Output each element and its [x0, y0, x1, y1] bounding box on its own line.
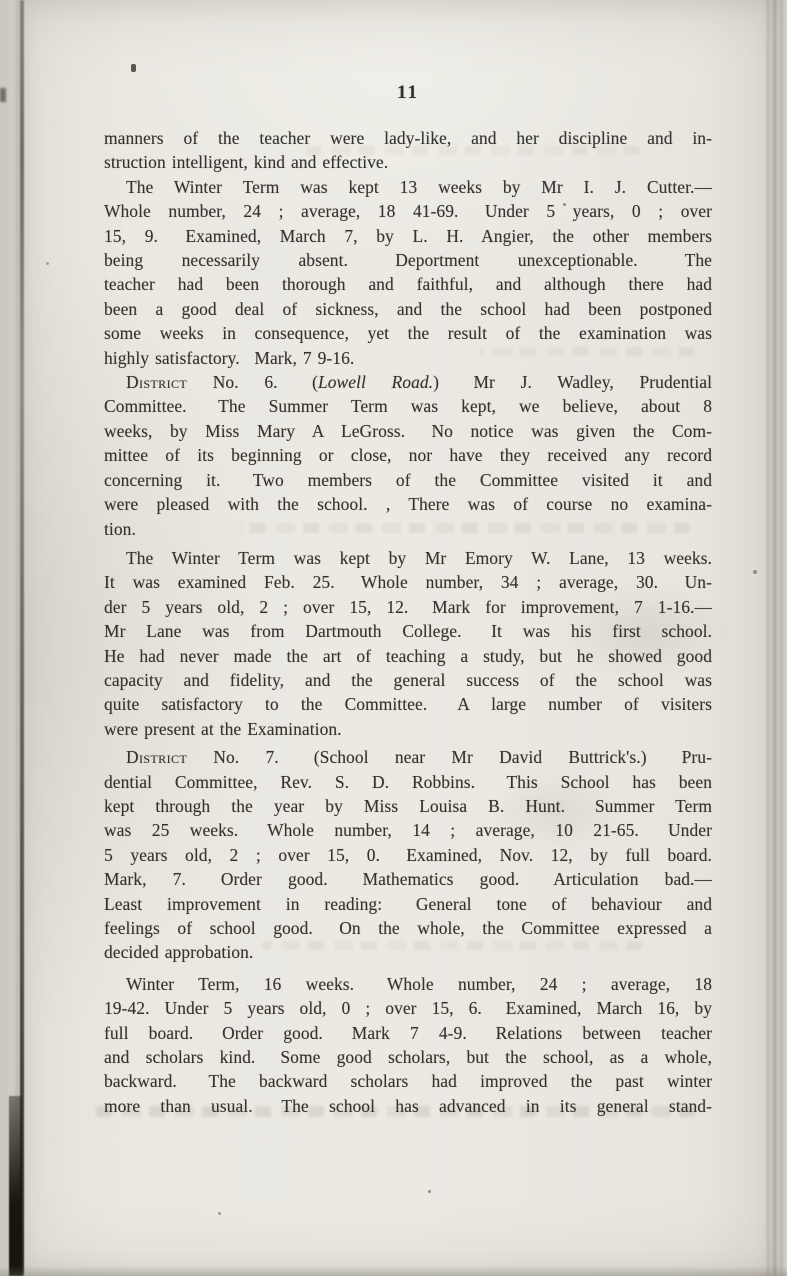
text-segment: decided approbation. — [104, 942, 253, 962]
text-line: were pleased with the school. , There wa… — [104, 492, 712, 516]
text-line: 19-42. Under 5 years old, 0 ; over 15, 6… — [104, 996, 712, 1020]
text-line: more than usual. The school has advanced… — [104, 1094, 712, 1118]
text-segment: Mr Lane was from Dartmouth College. It w… — [104, 621, 712, 641]
binding-crease-line — [20, 0, 24, 1276]
text-line: It was examined Feb. 25. Whole number, 3… — [104, 570, 712, 594]
ink-speck — [753, 570, 757, 574]
text-block: manners of the teacher were lady-like, a… — [104, 126, 712, 1118]
text-line: were present at the Examination. — [104, 717, 712, 741]
text-segment: weeks, by Miss Mary A LeGross. No notice… — [104, 421, 712, 441]
text-line: weeks, by Miss Mary A LeGross. No notice… — [104, 419, 712, 443]
text-segment: full board. Order good. Mark 7 4-9. Rela… — [104, 1023, 712, 1043]
text-line: tion. — [104, 517, 712, 541]
text-segment: Least improvement in reading: General to… — [104, 894, 712, 914]
page-edge-bottom — [0, 1266, 787, 1276]
text-segment: 5 years old, 2 ; over 15, 0. Examined, N… — [104, 845, 712, 865]
text-segment: some weeks in consequence, yet the resul… — [104, 323, 712, 343]
edge-ink-mark — [0, 88, 6, 102]
text-segment: Committee. The Summer Term was kept, we … — [104, 396, 712, 416]
text-line: The Winter Term was kept 13 weeks by Mr … — [104, 175, 712, 199]
paragraph: Winter Term, 16 weeks. Whole number, 24 … — [104, 972, 712, 1118]
ink-speck — [428, 1190, 431, 1193]
text-line: 5 years old, 2 ; over 15, 0. Examined, N… — [104, 843, 712, 867]
page-edge-right — [765, 0, 787, 1276]
text-segment: backward. The backward scholars had impr… — [104, 1071, 712, 1091]
ink-speck — [131, 64, 136, 72]
text-segment: The Winter Term was kept 13 weeks by Mr … — [126, 177, 712, 197]
text-segment: No. 7. (School near Mr David Buttrick's.… — [187, 747, 712, 767]
text-line: being necessarily absent. Deportment une… — [104, 248, 712, 272]
scanned-page: 11 manners of the teacher were lady-like… — [0, 0, 787, 1276]
text-segment: kept through the year by Miss Louisa B. … — [104, 796, 712, 816]
text-segment: 15, 9. Examined, March 7, by L. H. Angie… — [104, 226, 712, 246]
text-line: Least improvement in reading: General to… — [104, 892, 712, 916]
text-segment: Mark, 7. Order good. Mathematics good. A… — [104, 869, 712, 889]
text-line: Mark, 7. Order good. Mathematics good. A… — [104, 867, 712, 891]
text-segment: dential Committee, Rev. S. D. Robbins. T… — [104, 772, 712, 792]
text-line: The Winter Term was kept by Mr Emory W. … — [104, 546, 712, 570]
text-segment: teacher had been thorough and faithful, … — [104, 274, 712, 294]
text-line: concerning it. Two members of the Commit… — [104, 468, 712, 492]
text-segment: der 5 years old, 2 ; over 15, 12. Mark f… — [104, 597, 712, 617]
italic-text: Lowell Road. — [318, 372, 433, 392]
text-line: kept through the year by Miss Louisa B. … — [104, 794, 712, 818]
binding-gutter-shade — [0, 0, 34, 1276]
text-segment: being necessarily absent. Deportment une… — [104, 250, 712, 270]
text-segment: feelings of school good. On the whole, t… — [104, 918, 712, 938]
paragraph: manners of the teacher were lady-like, a… — [104, 126, 712, 175]
text-segment: concerning it. Two members of the Commit… — [104, 470, 712, 490]
paragraph: The Winter Term was kept by Mr Emory W. … — [104, 546, 712, 741]
text-line: decided approbation. — [104, 940, 712, 964]
text-line: Committee. The Summer Term was kept, we … — [104, 394, 712, 418]
binding-crease-shadow — [9, 1096, 22, 1276]
text-segment: 19-42. Under 5 years old, 0 ; over 15, 6… — [104, 998, 712, 1018]
text-segment: struction intelligent, kind and effectiv… — [104, 152, 388, 172]
small-caps-text: District — [126, 747, 187, 767]
text-segment: highly satisfactory. Mark, 7 9-16. — [104, 348, 354, 368]
text-line: Winter Term, 16 weeks. Whole number, 24 … — [104, 972, 712, 996]
text-line: mittee of its beginning or close, nor ha… — [104, 443, 712, 467]
text-line: quite satisfactory to the Committee. A l… — [104, 692, 712, 716]
text-line: full board. Order good. Mark 7 4-9. Rela… — [104, 1021, 712, 1045]
text-segment: The Winter Term was kept by Mr Emory W. … — [126, 548, 712, 568]
text-line: capacity and fidelity, and the general s… — [104, 668, 712, 692]
text-line: manners of the teacher were lady-like, a… — [104, 126, 712, 150]
text-line: dential Committee, Rev. S. D. Robbins. T… — [104, 770, 712, 794]
text-segment: and scholars kind. Some good scholars, b… — [104, 1047, 712, 1067]
text-segment: were pleased with the school. , There wa… — [104, 494, 712, 514]
text-line: Mr Lane was from Dartmouth College. It w… — [104, 619, 712, 643]
text-line: and scholars kind. Some good scholars, b… — [104, 1045, 712, 1069]
text-line: struction intelligent, kind and effectiv… — [104, 150, 712, 174]
text-line: District No. 7. (School near Mr David Bu… — [104, 745, 712, 769]
text-line: backward. The backward scholars had impr… — [104, 1069, 712, 1093]
text-segment: been a good deal of sickness, and the sc… — [104, 299, 712, 319]
small-caps-text: District — [126, 372, 187, 392]
text-segment: more than usual. The school has advanced… — [104, 1096, 712, 1116]
text-line: 15, 9. Examined, March 7, by L. H. Angie… — [104, 224, 712, 248]
text-line: highly satisfactory. Mark, 7 9-16. — [104, 346, 712, 370]
text-line: feelings of school good. On the whole, t… — [104, 916, 712, 940]
text-segment: No. 6. ( — [187, 372, 318, 392]
text-segment: Whole number, 24 ; average, 18 41-69. Un… — [104, 201, 712, 221]
text-segment: were present at the Examination. — [104, 719, 342, 739]
text-segment: quite satisfactory to the Committee. A l… — [104, 694, 712, 714]
text-line: District No. 6. (Lowell Road.) Mr J. Wad… — [104, 370, 712, 394]
text-line: teacher had been thorough and faithful, … — [104, 272, 712, 296]
paragraph: The Winter Term was kept 13 weeks by Mr … — [104, 175, 712, 370]
text-segment: mittee of its beginning or close, nor ha… — [104, 445, 712, 465]
text-line: He had never made the art of teaching a … — [104, 644, 712, 668]
text-line: some weeks in consequence, yet the resul… — [104, 321, 712, 345]
page-number: 11 — [104, 82, 712, 104]
text-line: was 25 weeks. Whole number, 14 ; average… — [104, 818, 712, 842]
text-segment: ) Mr J. Wadley, Prudential — [433, 372, 712, 392]
paragraph: District No. 7. (School near Mr David Bu… — [104, 745, 712, 965]
text-line: been a good deal of sickness, and the sc… — [104, 297, 712, 321]
text-line: der 5 years old, 2 ; over 15, 12. Mark f… — [104, 595, 712, 619]
paragraph: District No. 6. (Lowell Road.) Mr J. Wad… — [104, 370, 712, 541]
text-segment: manners of the teacher were lady-like, a… — [104, 128, 712, 148]
text-segment: It was examined Feb. 25. Whole number, 3… — [104, 572, 712, 592]
text-segment: was 25 weeks. Whole number, 14 ; average… — [104, 820, 712, 840]
text-segment: tion. — [104, 519, 136, 539]
ink-speck — [218, 1212, 221, 1215]
text-line: Whole number, 24 ; average, 18 41-69. Un… — [104, 199, 712, 223]
text-segment: capacity and fidelity, and the general s… — [104, 670, 712, 690]
text-segment: He had never made the art of teaching a … — [104, 646, 712, 666]
text-segment: Winter Term, 16 weeks. Whole number, 24 … — [126, 974, 712, 994]
ink-speck — [46, 262, 49, 265]
